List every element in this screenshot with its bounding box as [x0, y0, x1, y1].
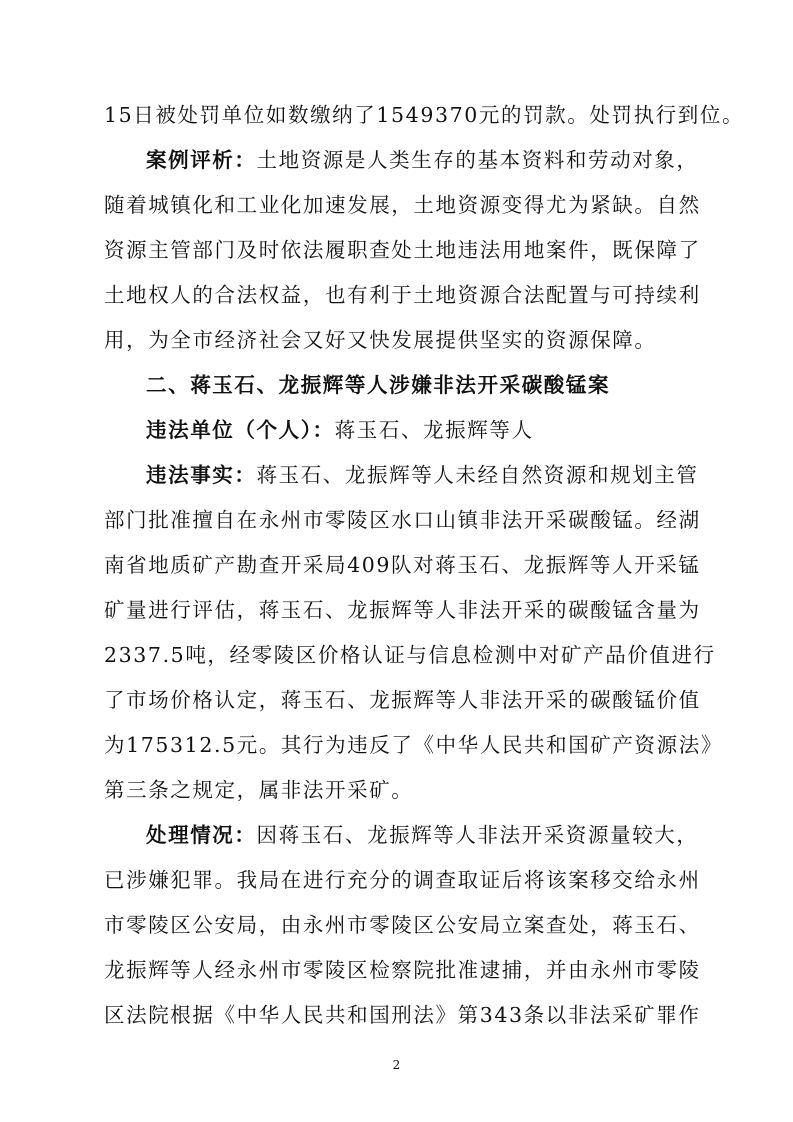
- text-line: 为175312.5元。其行为违反了《中华人民共和国矿产资源法》: [104, 733, 692, 757]
- text-line: 了市场价格认定，蒋玉石、龙振辉等人非法开采的碳酸锰价值: [104, 688, 692, 712]
- text-line: 已涉嫌犯罪。我局在进行充分的调查取证后将该案移交给永州: [104, 868, 692, 892]
- line-text: 为175312.5元。其行为违反了《中华人民共和国矿产资源法》: [104, 733, 723, 757]
- text-line: 用，为全市经济社会又好又快发展提供坚实的资源保障。: [104, 328, 692, 352]
- line-text: 土地资源是人类生存的基本资料和劳动对象，: [257, 148, 699, 172]
- text-line: 15日被处罚单位如数缴纳了1549370元的罚款。处罚执行到位。: [104, 103, 692, 127]
- label-case-review: 案例评析：: [146, 148, 257, 172]
- line-text: 土地权人的合法权益，也有利于土地资源合法配置与可持续利: [104, 283, 701, 307]
- line-text: 资源主管部门及时依法履职查处土地违法用地案件，既保障了: [104, 238, 701, 262]
- line-text: 2337.5吨，经零陵区价格认证与信息检测中对矿产品价值进行: [104, 643, 716, 667]
- line-text: 随着城镇化和工业化加速发展，土地资源变得尤为紧缺。自然: [104, 193, 701, 217]
- paragraph-offender: 违法单位（个人）：蒋玉石、龙振辉等人: [146, 418, 692, 442]
- line-text: 龙振辉等人经永州市零陵区检察院批准逮捕，并由永州市零陵: [104, 958, 701, 982]
- line-text: 第三条之规定，属非法开采矿。: [104, 778, 413, 802]
- line-text: 已涉嫌犯罪。我局在进行充分的调查取证后将该案移交给永州: [104, 868, 701, 892]
- section-heading: 二、蒋玉石、龙振辉等人涉嫌非法开采碳酸锰案: [146, 373, 692, 397]
- line-text: 区法院根据《中华人民共和国刑法》第343条以非法采矿罪作: [104, 1003, 700, 1027]
- line-text: 了市场价格认定，蒋玉石、龙振辉等人非法开采的碳酸锰价值: [104, 688, 701, 712]
- line-text: 因蒋玉石、龙振辉等人非法开采资源量较大，: [257, 823, 699, 847]
- text-line: 龙振辉等人经永州市零陵区检察院批准逮捕，并由永州市零陵: [104, 958, 692, 982]
- text-line: 区法院根据《中华人民共和国刑法》第343条以非法采矿罪作: [104, 1003, 692, 1027]
- text-line: 南省地质矿产勘查开采局409队对蒋玉石、龙振辉等人开采锰: [104, 553, 692, 577]
- line-text: 蒋玉石、龙振辉等人未经自然资源和规划主管: [257, 463, 699, 487]
- label-handling: 处理情况：: [146, 823, 257, 847]
- text-line: 矿量进行评估，蒋玉石、龙振辉等人非法开采的碳酸锰含量为: [104, 598, 692, 622]
- line-text: 市零陵区公安局，由永州市零陵区公安局立案查处，蒋玉石、: [104, 913, 701, 937]
- line-text: 15日被处罚单位如数缴纳了1549370元的罚款。处罚执行到位。: [104, 103, 744, 127]
- paragraph-case-review: 案例评析：土地资源是人类生存的基本资料和劳动对象，: [146, 148, 692, 172]
- line-text: 部门批准擅自在永州市零陵区水口山镇非法开采碳酸锰。经湖: [104, 508, 701, 532]
- text-line: 2337.5吨，经零陵区价格认证与信息检测中对矿产品价值进行: [104, 643, 692, 667]
- line-text: 用，为全市经济社会又好又快发展提供坚实的资源保障。: [104, 328, 657, 352]
- paragraph-handling: 处理情况：因蒋玉石、龙振辉等人非法开采资源量较大，: [146, 823, 692, 847]
- section-title: 二、蒋玉石、龙振辉等人涉嫌非法开采碳酸锰案: [146, 373, 610, 397]
- paragraph-facts: 违法事实：蒋玉石、龙振辉等人未经自然资源和规划主管: [146, 463, 692, 487]
- document-page: 15日被处罚单位如数缴纳了1549370元的罚款。处罚执行到位。 案例评析：土地…: [0, 0, 793, 1122]
- text-line: 随着城镇化和工业化加速发展，土地资源变得尤为紧缺。自然: [104, 193, 692, 217]
- text-line: 资源主管部门及时依法履职查处土地违法用地案件，既保障了: [104, 238, 692, 262]
- line-text: 南省地质矿产勘查开采局409队对蒋玉石、龙振辉等人开采锰: [104, 553, 700, 577]
- text-line: 部门批准擅自在永州市零陵区水口山镇非法开采碳酸锰。经湖: [104, 508, 692, 532]
- text-line: 土地权人的合法权益，也有利于土地资源合法配置与可持续利: [104, 283, 692, 307]
- line-text: 矿量进行评估，蒋玉石、龙振辉等人非法开采的碳酸锰含量为: [104, 598, 701, 622]
- label-facts: 违法事实：: [146, 463, 257, 487]
- label-offender: 违法单位（个人）：: [146, 418, 335, 442]
- text-line: 市零陵区公安局，由永州市零陵区公安局立案查处，蒋玉石、: [104, 913, 692, 937]
- text-line: 第三条之规定，属非法开采矿。: [104, 778, 692, 802]
- page-number: 2: [0, 1058, 793, 1072]
- line-text: 蒋玉石、龙振辉等人: [335, 418, 534, 442]
